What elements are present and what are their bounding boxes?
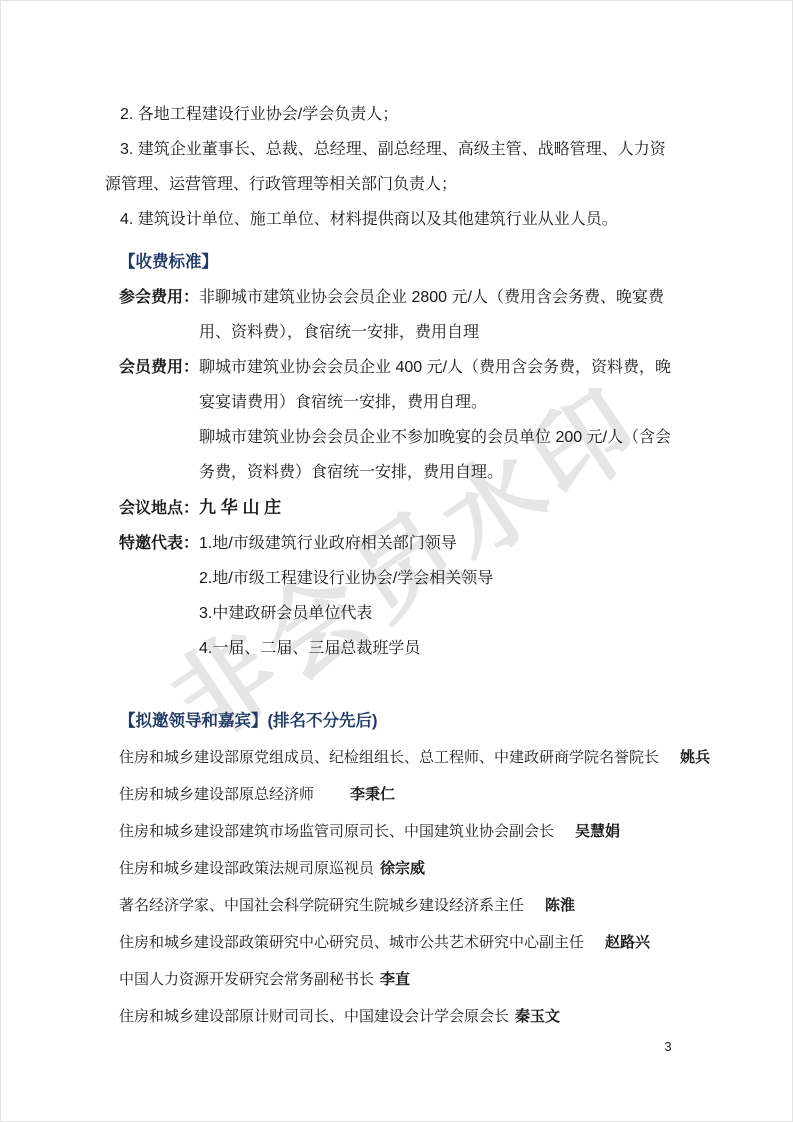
guest-entry: 住房和城乡建设部政策法规司原巡视员徐宗威 bbox=[119, 850, 681, 887]
guest-name: 姚兵 bbox=[680, 749, 710, 766]
attendee-item: 4. 建筑设计单位、施工单位、材料提供商以及其他建筑行业从业人员。 bbox=[105, 202, 681, 237]
guest-name: 陈淮 bbox=[545, 897, 575, 914]
guest-list: 住房和城乡建设部原党组成员、纪检组组长、总工程师、中建政研商学院名誉院长 姚兵 … bbox=[105, 739, 681, 1035]
document-page: 非会员水印 2. 各地工程建设行业协会/学会负责人； 3. 建筑企业董事长、总裁… bbox=[0, 0, 793, 1122]
venue-row: 会议地点：九 华 山 庄 bbox=[119, 490, 681, 526]
guest-name: 徐宗威 bbox=[380, 860, 425, 877]
guest-name: 秦玉文 bbox=[515, 1008, 560, 1025]
guest-name: 李直 bbox=[380, 971, 410, 988]
guest-title: 住房和城乡建设部原计财司司长、中国建设会计学会原会长 bbox=[119, 1008, 509, 1025]
fees-section-heading: 【收费标准】 bbox=[119, 245, 681, 280]
guests-section-heading: 【拟邀领导和嘉宾】(排名不分先后) bbox=[119, 704, 681, 739]
participation-fee-label: 参会费用： bbox=[119, 289, 199, 306]
guest-name: 吴慧娟 bbox=[575, 823, 620, 840]
attendee-item: 2. 各地工程建设行业协会/学会负责人； bbox=[105, 97, 681, 132]
attendee-item: 3. 建筑企业董事长、总裁、总经理、副总经理、高级主管、战略管理、人力资源管理、… bbox=[105, 132, 681, 202]
participation-fee-text: 非聊城市建筑业协会会员企业 2800 元/人（费用含会务费、晚宴费用、资料费），… bbox=[199, 289, 664, 341]
special-delegates-row: 特邀代表：1.地/市级建筑行业政府相关部门领导 bbox=[119, 526, 681, 561]
member-fee-extra-text: 聊城市建筑业协会会员企业不参加晚宴的会员单位 200 元/人（含会务费，资料费）… bbox=[119, 420, 681, 490]
guest-title: 住房和城乡建设部政策法规司原巡视员 bbox=[119, 860, 374, 877]
member-fee-label: 会员费用： bbox=[119, 359, 199, 376]
participation-fee-row: 参会费用：非聊城市建筑业协会会员企业 2800 元/人（费用含会务费、晚宴费用、… bbox=[119, 280, 681, 350]
venue-label: 会议地点： bbox=[119, 500, 199, 517]
guest-entry: 中国人力资源开发研究会常务副秘书长李直 bbox=[119, 961, 681, 998]
guest-title: 中国人力资源开发研究会常务副秘书长 bbox=[119, 971, 374, 988]
guest-title: 住房和城乡建设部政策研究中心研究员、城市公共艺术研究中心副主任 bbox=[119, 934, 599, 951]
page-number: 3 bbox=[656, 1039, 680, 1054]
guest-title: 住房和城乡建设部原总经济师 bbox=[119, 786, 344, 803]
guest-entry: 住房和城乡建设部原总经济师 李秉仁 bbox=[119, 776, 681, 813]
special-delegate-item: 3.中建政研会员单位代表 bbox=[119, 596, 681, 631]
guest-entry: 住房和城乡建设部原计财司司长、中国建设会计学会原会长秦玉文 bbox=[119, 998, 681, 1035]
special-delegates-label: 特邀代表： bbox=[119, 535, 199, 552]
guest-title: 著名经济学家、中国社会科学院研究生院城乡建设经济系主任 bbox=[119, 897, 539, 914]
guest-name: 赵路兴 bbox=[605, 934, 650, 951]
special-delegate-item: 1.地/市级建筑行业政府相关部门领导 bbox=[199, 535, 457, 552]
guest-entry: 住房和城乡建设部政策研究中心研究员、城市公共艺术研究中心副主任 赵路兴 bbox=[119, 924, 681, 961]
venue-name: 九 华 山 庄 bbox=[199, 498, 281, 517]
document-content: 2. 各地工程建设行业协会/学会负责人； 3. 建筑企业董事长、总裁、总经理、副… bbox=[105, 97, 681, 1035]
member-fee-text: 聊城市建筑业协会会员企业 400 元/人（费用含会务费，资料费，晚宴宴请费用）食… bbox=[199, 359, 671, 411]
guests-heading-text: 【拟邀领导和嘉宾】 bbox=[119, 712, 268, 730]
guest-title: 住房和城乡建设部原党组成员、纪检组组长、总工程师、中建政研商学院名誉院长 bbox=[119, 749, 674, 766]
guest-title: 住房和城乡建设部建筑市场监管司原司长、中国建筑业协会副会长 bbox=[119, 823, 569, 840]
guests-heading-note: (排名不分先后) bbox=[268, 712, 378, 730]
guest-entry: 住房和城乡建设部建筑市场监管司原司长、中国建筑业协会副会长 吴慧娟 bbox=[119, 813, 681, 850]
guest-name: 李秉仁 bbox=[350, 786, 395, 803]
guest-entry: 著名经济学家、中国社会科学院研究生院城乡建设经济系主任 陈淮 bbox=[119, 887, 681, 924]
guest-entry: 住房和城乡建设部原党组成员、纪检组组长、总工程师、中建政研商学院名誉院长 姚兵 bbox=[119, 739, 681, 776]
special-delegate-item: 4.一届、二届、三届总裁班学员 bbox=[119, 631, 681, 666]
member-fee-row: 会员费用：聊城市建筑业协会会员企业 400 元/人（费用含会务费，资料费，晚宴宴… bbox=[119, 350, 681, 420]
special-delegate-item: 2.地/市级工程建设行业协会/学会相关领导 bbox=[119, 561, 681, 596]
